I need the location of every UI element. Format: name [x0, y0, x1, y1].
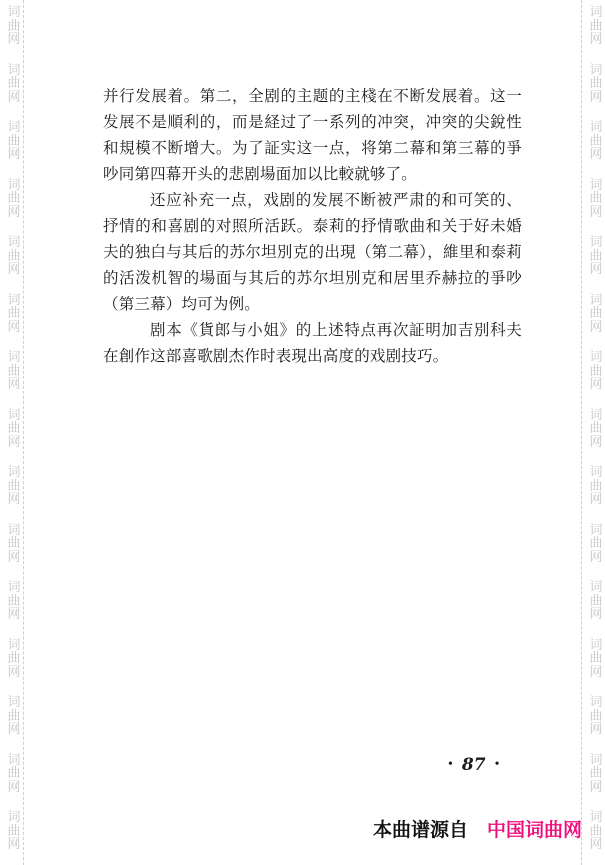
- watermark-char: 词: [589, 408, 602, 422]
- watermark-char: 曲: [7, 479, 20, 493]
- watermark-char: 词: [589, 810, 602, 824]
- watermark-char: 网: [7, 32, 20, 46]
- watermark-group: 词曲网: [7, 235, 20, 276]
- watermark-group: 词曲网: [7, 695, 20, 736]
- dashed-rule-left: [23, 0, 24, 865]
- watermark-char: 网: [589, 377, 602, 391]
- watermark-char: 曲: [589, 824, 602, 838]
- watermark-char: 网: [7, 90, 20, 104]
- watermark-char: 曲: [7, 421, 20, 435]
- watermark-char: 词: [7, 63, 20, 77]
- watermark-char: 词: [589, 753, 602, 767]
- watermark-char: 曲: [589, 594, 602, 608]
- watermark-group: 词曲网: [7, 753, 20, 794]
- footer-site-name: 中国词曲网: [487, 815, 582, 842]
- watermark-char: 网: [7, 607, 20, 621]
- watermark-char: 网: [7, 435, 20, 449]
- watermark-group: 词曲网: [7, 293, 20, 334]
- watermark-char: 网: [7, 665, 20, 679]
- watermark-char: 网: [589, 607, 602, 621]
- watermark-char: 词: [7, 523, 20, 537]
- watermark-char: 网: [589, 262, 602, 276]
- watermark-char: 曲: [7, 536, 20, 550]
- watermark-char: 词: [7, 350, 20, 364]
- page-number-bullet-left: •: [448, 758, 453, 772]
- watermark-char: 网: [589, 90, 602, 104]
- watermark-char: 曲: [589, 191, 602, 205]
- watermark-char: 词: [7, 235, 20, 249]
- watermark-char: 词: [7, 695, 20, 709]
- watermark-char: 网: [589, 550, 602, 564]
- watermark-group: 词曲网: [7, 810, 20, 851]
- watermark-char: 曲: [7, 191, 20, 205]
- watermark-char: 曲: [7, 364, 20, 378]
- watermark-char: 网: [7, 377, 20, 391]
- watermark-char: 词: [7, 810, 20, 824]
- watermark-char: 词: [589, 5, 602, 19]
- watermark-char: 词: [7, 408, 20, 422]
- watermark-char: 词: [589, 120, 602, 134]
- watermark-group: 词曲网: [589, 465, 602, 506]
- watermark-char: 曲: [7, 134, 20, 148]
- watermark-group: 词曲网: [7, 638, 20, 679]
- page-number: • 87 •: [448, 755, 499, 775]
- page-number-value: 87: [462, 755, 486, 775]
- watermark-char: 曲: [7, 766, 20, 780]
- watermark-char: 曲: [589, 709, 602, 723]
- watermark-group: 词曲网: [589, 408, 602, 449]
- watermark-group: 词曲网: [7, 63, 20, 104]
- watermark-char: 网: [589, 320, 602, 334]
- watermark-char: 词: [7, 753, 20, 767]
- watermark-char: 网: [589, 492, 602, 506]
- watermark-char: 曲: [7, 651, 20, 665]
- watermark-group: 词曲网: [7, 178, 20, 219]
- watermark-char: 网: [589, 32, 602, 46]
- watermark-char: 曲: [7, 19, 20, 33]
- watermark-char: 网: [7, 262, 20, 276]
- watermark-char: 网: [7, 320, 20, 334]
- watermark-group: 词曲网: [7, 350, 20, 391]
- watermark-char: 曲: [7, 306, 20, 320]
- watermark-group: 词曲网: [589, 350, 602, 391]
- watermark-group: 词曲网: [589, 580, 602, 621]
- watermark-char: 词: [589, 695, 602, 709]
- paragraph-1: 并行发展着。第二，全剧的主题的主棧在不断发展着。这一发展不是順利的，而是経过了一…: [103, 84, 522, 188]
- watermark-char: 词: [589, 580, 602, 594]
- watermark-char: 词: [7, 5, 20, 19]
- watermark-char: 网: [589, 147, 602, 161]
- watermark-char: 词: [7, 638, 20, 652]
- watermark-char: 曲: [589, 364, 602, 378]
- watermark-group: 词曲网: [7, 523, 20, 564]
- watermark-char: 词: [7, 580, 20, 594]
- watermark-char: 词: [589, 293, 602, 307]
- footer-attribution: 本曲谱源自 中国词曲网: [373, 815, 582, 842]
- watermark-group: 词曲网: [589, 293, 602, 334]
- watermark-char: 网: [589, 205, 602, 219]
- watermark-group: 词曲网: [589, 753, 602, 794]
- watermark-group: 词曲网: [7, 5, 20, 46]
- watermark-char: 网: [7, 780, 20, 794]
- watermark-char: 词: [589, 63, 602, 77]
- watermark-column-right: 词曲网词曲网词曲网词曲网词曲网词曲网词曲网词曲网词曲网词曲网词曲网词曲网词曲网词…: [588, 5, 604, 865]
- paragraph-2: 还应补充一点，戏剧的发展不断被严肃的和可笑的、抒情的和喜剧的对照所活跃。泰莉的抒…: [103, 188, 522, 318]
- watermark-char: 网: [7, 837, 20, 851]
- watermark-char: 网: [7, 550, 20, 564]
- watermark-char: 网: [589, 722, 602, 736]
- watermark-char: 网: [589, 837, 602, 851]
- watermark-group: 词曲网: [589, 178, 602, 219]
- watermark-group: 词曲网: [7, 120, 20, 161]
- watermark-char: 曲: [589, 766, 602, 780]
- watermark-char: 网: [589, 780, 602, 794]
- watermark-group: 词曲网: [589, 235, 602, 276]
- watermark-char: 网: [7, 147, 20, 161]
- watermark-char: 网: [7, 492, 20, 506]
- watermark-group: 词曲网: [589, 120, 602, 161]
- watermark-char: 词: [589, 235, 602, 249]
- watermark-char: 曲: [7, 824, 20, 838]
- watermark-char: 词: [589, 178, 602, 192]
- watermark-char: 曲: [7, 594, 20, 608]
- watermark-group: 词曲网: [589, 523, 602, 564]
- watermark-group: 词曲网: [589, 695, 602, 736]
- watermark-char: 曲: [589, 421, 602, 435]
- watermark-char: 词: [7, 465, 20, 479]
- watermark-char: 网: [589, 665, 602, 679]
- watermark-char: 网: [7, 722, 20, 736]
- watermark-char: 词: [7, 293, 20, 307]
- watermark-char: 曲: [589, 76, 602, 90]
- watermark-char: 曲: [589, 479, 602, 493]
- page-text-block: 并行发展着。第二，全剧的主题的主棧在不断发展着。这一发展不是順利的，而是経过了一…: [103, 84, 522, 370]
- watermark-char: 词: [7, 178, 20, 192]
- watermark-char: 曲: [589, 651, 602, 665]
- watermark-group: 词曲网: [589, 63, 602, 104]
- page-number-bullet-right: •: [495, 758, 500, 772]
- watermark-char: 词: [589, 350, 602, 364]
- watermark-group: 词曲网: [589, 5, 602, 46]
- watermark-char: 曲: [589, 536, 602, 550]
- watermark-char: 曲: [7, 76, 20, 90]
- watermark-char: 曲: [7, 709, 20, 723]
- watermark-char: 曲: [589, 306, 602, 320]
- watermark-group: 词曲网: [589, 638, 602, 679]
- watermark-char: 词: [589, 465, 602, 479]
- watermark-group: 词曲网: [7, 465, 20, 506]
- watermark-char: 曲: [589, 19, 602, 33]
- watermark-char: 词: [589, 523, 602, 537]
- watermark-group: 词曲网: [7, 580, 20, 621]
- watermark-char: 词: [589, 638, 602, 652]
- watermark-char: 曲: [589, 134, 602, 148]
- watermark-group: 词曲网: [7, 408, 20, 449]
- watermark-char: 网: [589, 435, 602, 449]
- watermark-char: 网: [7, 205, 20, 219]
- dashed-rule-right: [581, 0, 582, 865]
- footer-source-label: 本曲谱源自: [373, 815, 468, 842]
- watermark-char: 曲: [589, 249, 602, 263]
- watermark-char: 曲: [7, 249, 20, 263]
- watermark-column-left: 词曲网词曲网词曲网词曲网词曲网词曲网词曲网词曲网词曲网词曲网词曲网词曲网词曲网词…: [6, 5, 22, 865]
- watermark-group: 词曲网: [589, 810, 602, 851]
- paragraph-3: 剧本《貨郎与小姐》的上述特点再次証明加吉別科夫在創作这部喜歌剧杰作时表現出高度的…: [103, 318, 522, 370]
- watermark-char: 词: [7, 120, 20, 134]
